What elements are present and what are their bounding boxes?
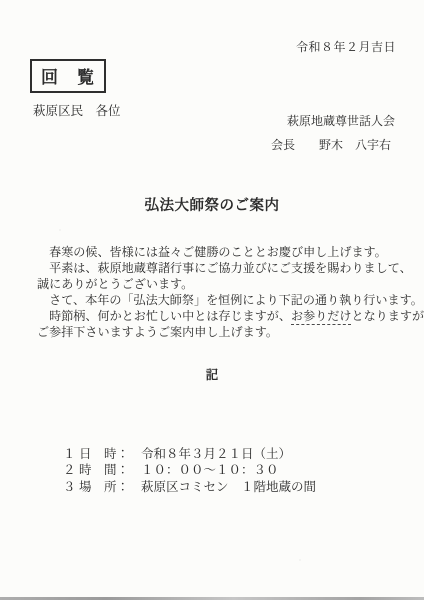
event-details-list: １ 日 時： 令和８年３月２１日（土） ２ 時 間： １０：００～１０：３０ ３…: [63, 446, 316, 495]
detail-row-datetime: １ 日 時： 令和８年３月２１日（土）: [63, 446, 316, 462]
body-line-2: 平素は、萩原地蔵尊諸行事にご協力並びにご支援を賜わりまして、: [37, 260, 410, 276]
body-line-1: 春寒の候、皆様には益々ご健勝のこととお慶び申し上げます。: [37, 244, 410, 260]
circular-stamp-box: 回 覧: [30, 59, 106, 93]
scanned-circular-notice: 令和８年２月吉日 回 覧 萩原区民 各位 萩原地蔵尊世話人会 会長 野木 八宇右…: [0, 0, 424, 600]
body-line-4: さて、本年の「弘法大師祭」を恒例により下記の通り執り行います。: [37, 292, 410, 308]
body-line-6: ご参拝下さいますようご案内申し上げます。: [37, 324, 410, 340]
detail-value: 令和８年３月２１日（土）: [141, 446, 291, 462]
body-paragraphs: 春寒の候、皆様には益々ご健勝のこととお慶び申し上げます。 平素は、萩原地蔵尊諸行…: [37, 244, 410, 340]
detail-number: １: [63, 446, 79, 462]
record-marker: 記: [0, 365, 424, 383]
organization-name: 萩原地蔵尊世話人会: [287, 112, 395, 129]
notice-pre-text: 時節柄、何かとお忙しい中とは存じますが、: [37, 309, 291, 323]
notice-post-text: となりますが: [351, 309, 424, 323]
detail-row-time: ２ 時 間： １０：００～１０：３０: [63, 462, 316, 478]
detail-value: 萩原区コミセン １階地蔵の間: [141, 479, 316, 495]
detail-value: １０：００～１０：３０: [141, 462, 279, 478]
chairman-name: 会長 野木 八宇右: [271, 136, 391, 153]
notice-underlined-text: お参りだけ: [291, 309, 351, 325]
body-line-5: 時節柄、何かとお忙しい中とは存じますが、お参りだけとなりますが: [37, 308, 410, 324]
detail-row-place: ３ 場 所： 萩原区コミセン １階地蔵の間: [63, 479, 316, 495]
issue-date: 令和８年２月吉日: [296, 38, 396, 55]
detail-number: ２: [63, 462, 79, 478]
detail-label: 場 所：: [79, 479, 141, 495]
body-line-3: 誠にありがとうございます。: [37, 276, 410, 292]
detail-label: 日 時：: [79, 446, 141, 462]
detail-number: ３: [63, 479, 79, 495]
recipients-line: 萩原区民 各位: [33, 101, 121, 119]
document-title: 弘法大師祭のご案内: [0, 194, 424, 215]
detail-label: 時 間：: [79, 462, 141, 478]
